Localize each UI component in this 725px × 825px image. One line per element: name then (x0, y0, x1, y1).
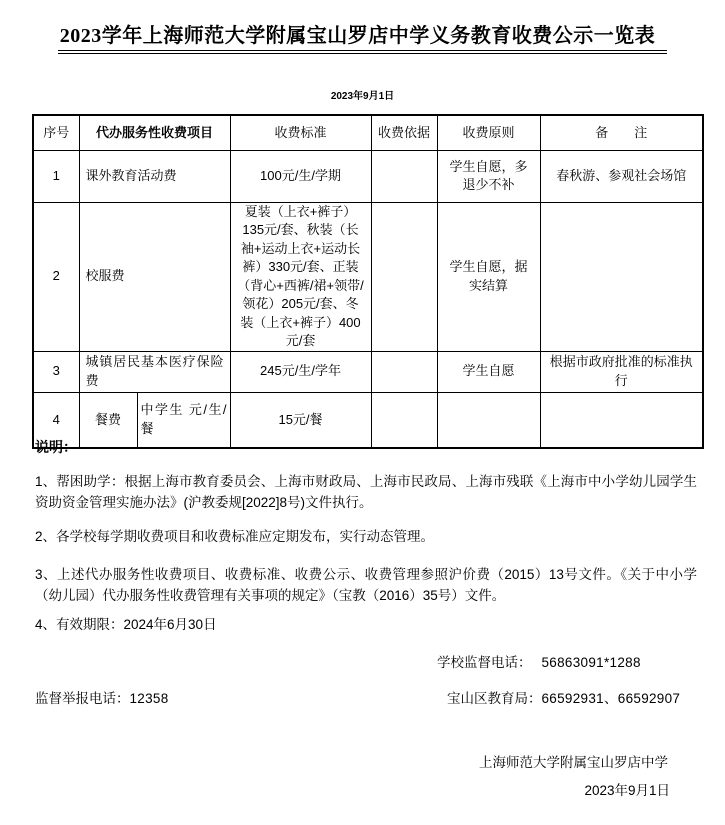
note-item-2: 2、各学校每学期收费项目和收费标准应定期发布，实行动态管理。 (35, 526, 697, 547)
row1-no: 1 (33, 150, 79, 202)
row3-remark: 根据市政府批准的标准执行 (540, 351, 703, 392)
district-bureau-phone: 宝山区教育局：66592931、66592907 (447, 688, 680, 709)
report-hotline-label: 监督举报电话： (35, 691, 130, 706)
school-supervision-phone: 学校监督电话：56863091*1288 (437, 652, 641, 673)
row3-standard: 245元/生/学年 (230, 351, 371, 392)
row4-standard: 15元/餐 (230, 392, 371, 448)
table-row-1: 1 课外教育活动费 100元/生/学期 学生自愿，多退少不补 春秋游、参观社会场… (33, 150, 703, 202)
school-supervision-phone-label: 学校监督电话： (437, 655, 532, 670)
school-supervision-phone-value: 56863091*1288 (542, 655, 641, 670)
fee-table: 序号 代办服务性收费项目 收费标准 收费依据 收费原则 备 注 1 课外教育活动… (32, 114, 704, 449)
row1-project: 课外教育活动费 (79, 150, 230, 202)
row2-project: 校服费 (79, 202, 230, 351)
row3-project: 城镇居民基本医疗保险费 (79, 351, 230, 392)
table-row-2: 2 校服费 夏装（上衣+裤子）135元/套、秋装（长袖+运动上衣+运动长裤）33… (33, 202, 703, 351)
row3-basis (371, 351, 437, 392)
table-row-3: 3 城镇居民基本医疗保险费 245元/生/学年 学生自愿 根据市政府批准的标准执… (33, 351, 703, 392)
report-hotline: 监督举报电话：12358 (35, 688, 169, 709)
table-row-4: 4 餐费 中学生 元/生/餐 15元/餐 (33, 392, 703, 448)
row4-remark (540, 392, 703, 448)
report-hotline-value: 12358 (130, 691, 169, 706)
row2-principle: 学生自愿，据实结算 (437, 202, 540, 351)
row4-principle (437, 392, 540, 448)
page-title: 2023学年上海师范大学附属宝山罗店中学义务教育收费公示一览表 (0, 19, 725, 54)
note-item-4: 4、有效期限：2024年6月30日 (35, 614, 697, 635)
header-basis: 收费依据 (371, 115, 437, 150)
fee-disclosure-document: 2023学年上海师范大学附属宝山罗店中学义务教育收费公示一览表 2023年9月1… (0, 0, 725, 825)
header-principle: 收费原则 (437, 115, 540, 150)
footer-sign-date: 2023年9月1日 (584, 780, 670, 801)
notes-heading: 说明： (35, 437, 77, 457)
header-project: 代办服务性收费项目 (79, 115, 230, 150)
row1-principle: 学生自愿，多退少不补 (437, 150, 540, 202)
row4-basis (371, 392, 437, 448)
row3-principle: 学生自愿 (437, 351, 540, 392)
row2-basis (371, 202, 437, 351)
publish-date: 2023年9月1日 (0, 87, 725, 102)
row2-no: 2 (33, 202, 79, 351)
row1-standard: 100元/生/学期 (230, 150, 371, 202)
note-item-3: 3、上述代办服务性收费项目、收费标准、收费公示、收费管理参照沪价费（2015）1… (35, 564, 697, 606)
row2-remark (540, 202, 703, 351)
header-standard: 收费标准 (230, 115, 371, 150)
note-item-1: 1、帮困助学：根据上海市教育委员会、上海市财政局、上海市民政局、上海市残联《上海… (35, 471, 697, 513)
header-no: 序号 (33, 115, 79, 150)
header-remark: 备 注 (540, 115, 703, 150)
row2-standard: 夏装（上衣+裤子）135元/套、秋装（长袖+运动上衣+运动长裤）330元/套、正… (230, 202, 371, 351)
district-bureau-phone-label: 宝山区教育局： (447, 691, 542, 706)
row1-remark: 春秋游、参观社会场馆 (540, 150, 703, 202)
row3-no: 3 (33, 351, 79, 392)
row4-project-detail: 中学生 元/生/餐 (137, 392, 230, 448)
page-title-text: 2023学年上海师范大学附属宝山罗店中学义务教育收费公示一览表 (58, 19, 668, 54)
row4-project-type: 餐费 (79, 392, 137, 448)
row1-basis (371, 150, 437, 202)
table-header-row: 序号 代办服务性收费项目 收费标准 收费依据 收费原则 备 注 (33, 115, 703, 150)
district-bureau-phone-value: 66592931、66592907 (542, 691, 681, 706)
footer-school-name: 上海师范大学附属宝山罗店中学 (479, 752, 668, 773)
